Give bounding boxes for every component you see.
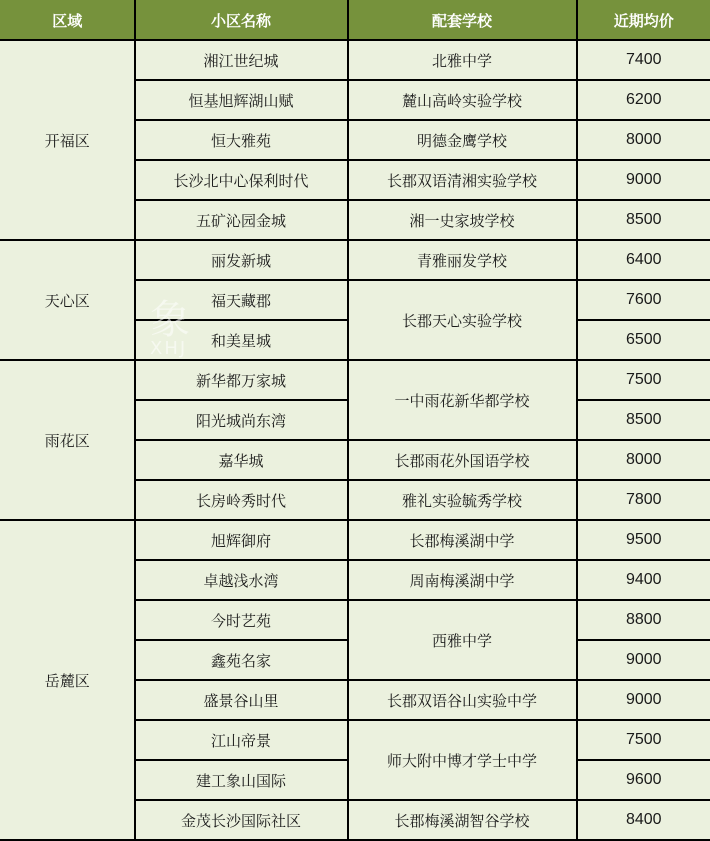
community-cell: 金茂长沙国际社区 — [135, 800, 348, 840]
community-cell: 新华都万家城 — [135, 360, 348, 400]
school-cell: 麓山高岭实验学校 — [348, 80, 577, 120]
school-cell: 一中雨花新华都学校 — [348, 360, 577, 440]
housing-school-price-table: 区域 小区名称 配套学校 近期均价 开福区 湘江世纪城 北雅中学 7400 恒基… — [0, 0, 710, 841]
community-cell: 长房岭秀时代 — [135, 480, 348, 520]
community-cell: 鑫苑名家 — [135, 640, 348, 680]
school-cell: 长郡天心实验学校 — [348, 280, 577, 360]
school-cell: 师大附中博才学士中学 — [348, 720, 577, 800]
community-cell: 丽发新城 — [135, 240, 348, 280]
community-cell: 今时艺苑 — [135, 600, 348, 640]
price-cell: 7500 — [577, 360, 710, 400]
price-cell: 9400 — [577, 560, 710, 600]
header-community: 小区名称 — [135, 1, 348, 41]
school-cell: 湘一史家坡学校 — [348, 200, 577, 240]
district-cell: 天心区 — [1, 240, 135, 360]
community-cell: 卓越浅水湾 — [135, 560, 348, 600]
community-cell: 和美星城 — [135, 320, 348, 360]
school-cell: 周南梅溪湖中学 — [348, 560, 577, 600]
school-cell: 雅礼实验毓秀学校 — [348, 480, 577, 520]
table-row: 开福区 湘江世纪城 北雅中学 7400 — [1, 40, 710, 80]
table-row: 岳麓区 旭辉御府 长郡梅溪湖中学 9500 — [1, 520, 710, 560]
price-cell: 9000 — [577, 160, 710, 200]
school-cell: 长郡梅溪湖中学 — [348, 520, 577, 560]
school-cell: 长郡双语清湘实验学校 — [348, 160, 577, 200]
community-cell: 嘉华城 — [135, 440, 348, 480]
price-cell: 9000 — [577, 680, 710, 720]
price-cell: 9000 — [577, 640, 710, 680]
price-cell: 8500 — [577, 400, 710, 440]
header-district: 区域 — [1, 1, 135, 41]
school-cell: 长郡双语谷山实验中学 — [348, 680, 577, 720]
community-cell: 恒大雅苑 — [135, 120, 348, 160]
community-cell: 盛景谷山里 — [135, 680, 348, 720]
price-cell: 6500 — [577, 320, 710, 360]
price-cell: 7500 — [577, 720, 710, 760]
community-cell: 阳光城尚东湾 — [135, 400, 348, 440]
community-cell: 建工象山国际 — [135, 760, 348, 800]
school-cell: 明德金鹰学校 — [348, 120, 577, 160]
price-cell: 8500 — [577, 200, 710, 240]
community-cell: 五矿沁园金城 — [135, 200, 348, 240]
community-cell: 旭辉御府 — [135, 520, 348, 560]
community-cell: 恒基旭辉湖山赋 — [135, 80, 348, 120]
district-cell: 雨花区 — [1, 360, 135, 520]
price-cell: 6400 — [577, 240, 710, 280]
school-cell: 西雅中学 — [348, 600, 577, 680]
header-price: 近期均价 — [577, 1, 710, 41]
table-row: 天心区 丽发新城 青雅丽发学校 6400 — [1, 240, 710, 280]
table-row: 雨花区 新华都万家城 一中雨花新华都学校 7500 — [1, 360, 710, 400]
header-row: 区域 小区名称 配套学校 近期均价 — [1, 1, 710, 41]
price-cell: 8400 — [577, 800, 710, 840]
price-cell: 9500 — [577, 520, 710, 560]
header-school: 配套学校 — [348, 1, 577, 41]
community-cell: 长沙北中心保利时代 — [135, 160, 348, 200]
district-cell: 岳麓区 — [1, 520, 135, 840]
school-cell: 青雅丽发学校 — [348, 240, 577, 280]
school-cell: 长郡梅溪湖智谷学校 — [348, 800, 577, 840]
price-cell: 8000 — [577, 120, 710, 160]
district-cell: 开福区 — [1, 40, 135, 240]
price-cell: 7600 — [577, 280, 710, 320]
school-cell: 长郡雨花外国语学校 — [348, 440, 577, 480]
price-cell: 7400 — [577, 40, 710, 80]
school-cell: 北雅中学 — [348, 40, 577, 80]
price-cell: 8000 — [577, 440, 710, 480]
price-cell: 7800 — [577, 480, 710, 520]
price-cell: 9600 — [577, 760, 710, 800]
price-cell: 6200 — [577, 80, 710, 120]
community-cell: 福天藏郡 — [135, 280, 348, 320]
price-cell: 8800 — [577, 600, 710, 640]
community-cell: 江山帝景 — [135, 720, 348, 760]
community-cell: 湘江世纪城 — [135, 40, 348, 80]
